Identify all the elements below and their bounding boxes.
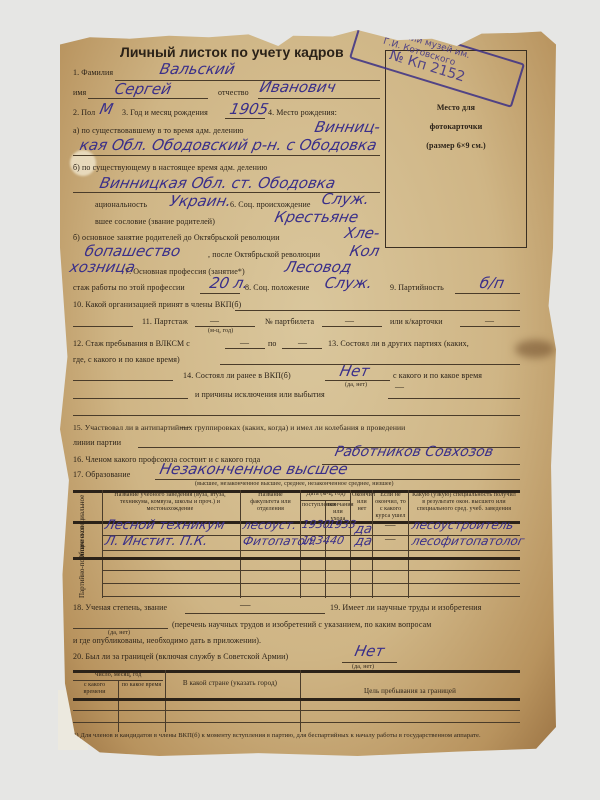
party-label: 9. Партийность [390,283,444,292]
abroad-header-to: по какое время [120,682,163,689]
edu-cell-finished: да [353,534,373,549]
field-10-label: 10. Какой организацией принят в члены ВК… [73,300,241,309]
birthplace-old-label: а) по существовавшему в то время адм. де… [73,126,244,135]
edu-header-course: Если не окончил, то с какого курса ушел [374,492,407,520]
education-hint: (высшее, незаконченное высшее, среднее, … [195,481,394,487]
edu-header-specialty: Какую (узкую) специальность получил в ре… [410,492,518,513]
previous-party-label: 14. Состоял ли ранее в ВКП(б) [183,371,291,380]
surname-value: Вальский [158,60,237,78]
social-status-label: 8. Соц. положение [245,283,309,292]
academic-degree-value: — [240,600,251,611]
birthplace-current-label: б) по существующему в настоящее время ад… [73,163,267,172]
abroad-header-purpose: Цель пребывания за границей [305,688,515,695]
birth-year-value: 1905 [228,100,270,118]
scientific-works-list-label: (перечень научных трудов и изобретений с… [172,620,431,629]
edu-header-date: Дата (м-ц, год) [302,491,350,498]
anti-party-label: 15. Участвовал ли в антипартийных группи… [73,423,405,432]
parents-occupation-before-value-1: Хле- [343,224,381,242]
sex-value: М [98,100,115,118]
komsomol-to-label: по [268,339,276,348]
scientific-works-label: 19. Имеет ли научные труды и изобретения [330,603,481,612]
exclusion-reason-value: — [395,382,404,392]
komsomol-to-value: — [298,338,307,348]
social-status-value: Служ. [323,274,374,292]
name-label: имя [73,88,86,97]
other-parties-label-2: где, с какого и по какое время) [73,355,180,364]
birthplace-current-value: Винницкая Обл. ст. Ободовка [98,174,337,192]
edu-cell-institution: Л. Инстит. П.К. [103,534,209,549]
experience-label: стаж работы по этой профессии [73,283,185,292]
candidate-card-value: — [485,316,494,326]
abroad-label: 20. Был ли за границей (включая службу в… [73,652,288,661]
edu-cell-graduated: 40 [329,534,346,547]
estate-label: вшее сословие (звание родителей) [95,217,215,226]
komsomol-from-value: — [240,338,249,348]
edu-cell-specialty: лесоустроитель [411,518,516,532]
edu-header-institution: Название учебного заведения (вуза, втуза… [105,492,235,513]
candidate-card-label: или к/карточки [390,317,443,326]
edu-header-faculty: Название факультета или отделения [243,492,298,513]
edu-header-finished: Окончил или нет [352,492,372,513]
abroad-header-country: В какой стране (указать город) [170,680,290,687]
personnel-record-sheet: Личный листок по учету кадров Место для … [60,30,556,756]
previous-party-value: Нет [338,362,371,380]
abroad-header-date: Число, месяц, год [73,672,163,679]
sex-label: 2. Пол [73,108,95,117]
birth-year-label: 3. Год и месяц рождения [122,108,208,117]
anti-party-label-2: линии партии [73,438,121,447]
party-tenure-hint: (м-ц, год) [208,328,233,334]
abroad-header-from: с какого времени [73,682,116,696]
komsomol-label: 12. Стаж пребывания в ВЛКСМ с [73,339,190,348]
document-title: Личный листок по учету кадров [120,44,344,60]
scientific-works-list-label-2: и где опубликованы, необходимо дать в пр… [73,636,261,645]
exclusion-reason-label: и причины исключения или выбытия [195,390,325,399]
education-value: Незаконченное высшее [158,460,350,478]
edu-cell-faculty: лесоуст. [242,518,298,532]
trade-union-value: Работников Совхозов [333,444,494,460]
patronymic-value: Иванович [258,78,338,96]
party-value: б/п [478,274,506,292]
party-card-label: № партбилета [265,317,314,326]
photo-box-line3: (размер 6×9 см.) [386,141,526,150]
field-1-label: 1. Фамилия [73,68,113,77]
party-card-value: — [345,316,354,326]
nationality-value: Украин. [168,192,233,210]
academic-degree-label: 18. Ученая степень, звание [73,603,167,612]
nationality-label: ациональность [95,200,147,209]
party-tenure-label: 11. Партстаж [142,317,188,326]
edu-cell-institution: Лесной техникум [103,518,226,533]
photo-box-line2: фотокарточки [386,122,526,131]
social-origin-value: Служ. [320,190,371,208]
edu-cell-enrolled: 1934 [301,534,332,547]
birthplace-label: 4. Место рождения: [268,108,337,117]
education-label: 17. Образование [73,470,130,479]
previous-party-hint: (да, нет) [345,382,367,388]
abroad-value: Нет [353,642,386,660]
party-tenure-value: — [210,316,219,326]
footnote: *) Для членов и кандидатов в члены ВКП(б… [73,732,513,740]
patronymic-label: отчество [218,88,249,97]
birthplace-old-value-2: кая Обл. Ободовский р-н. с Ободовка [78,136,378,154]
edu-cell-course: — [385,520,396,531]
birthplace-old-value-1: Винниц- [313,118,382,136]
edu-header-enrolled: поступления [302,502,324,509]
edu-cell-specialty: лесофитопатолог [411,534,526,548]
stain [515,340,555,358]
edu-row-group-political: Партийно-политическое [78,525,86,598]
anti-party-value: — [180,422,190,433]
experience-value: 20 л. [208,274,250,292]
name-value: Сергей [113,80,173,98]
edu-cell-course: — [385,534,396,545]
parents-occupation-before-label: б) основное занятие родителей до Октябрь… [73,233,280,242]
edu-cell-graduated: 1933 [327,518,358,531]
other-parties-label: 13. Состоял ли в других партиях (каких, [328,339,469,348]
previous-party-period-label: с какого и по какое время [393,371,482,380]
